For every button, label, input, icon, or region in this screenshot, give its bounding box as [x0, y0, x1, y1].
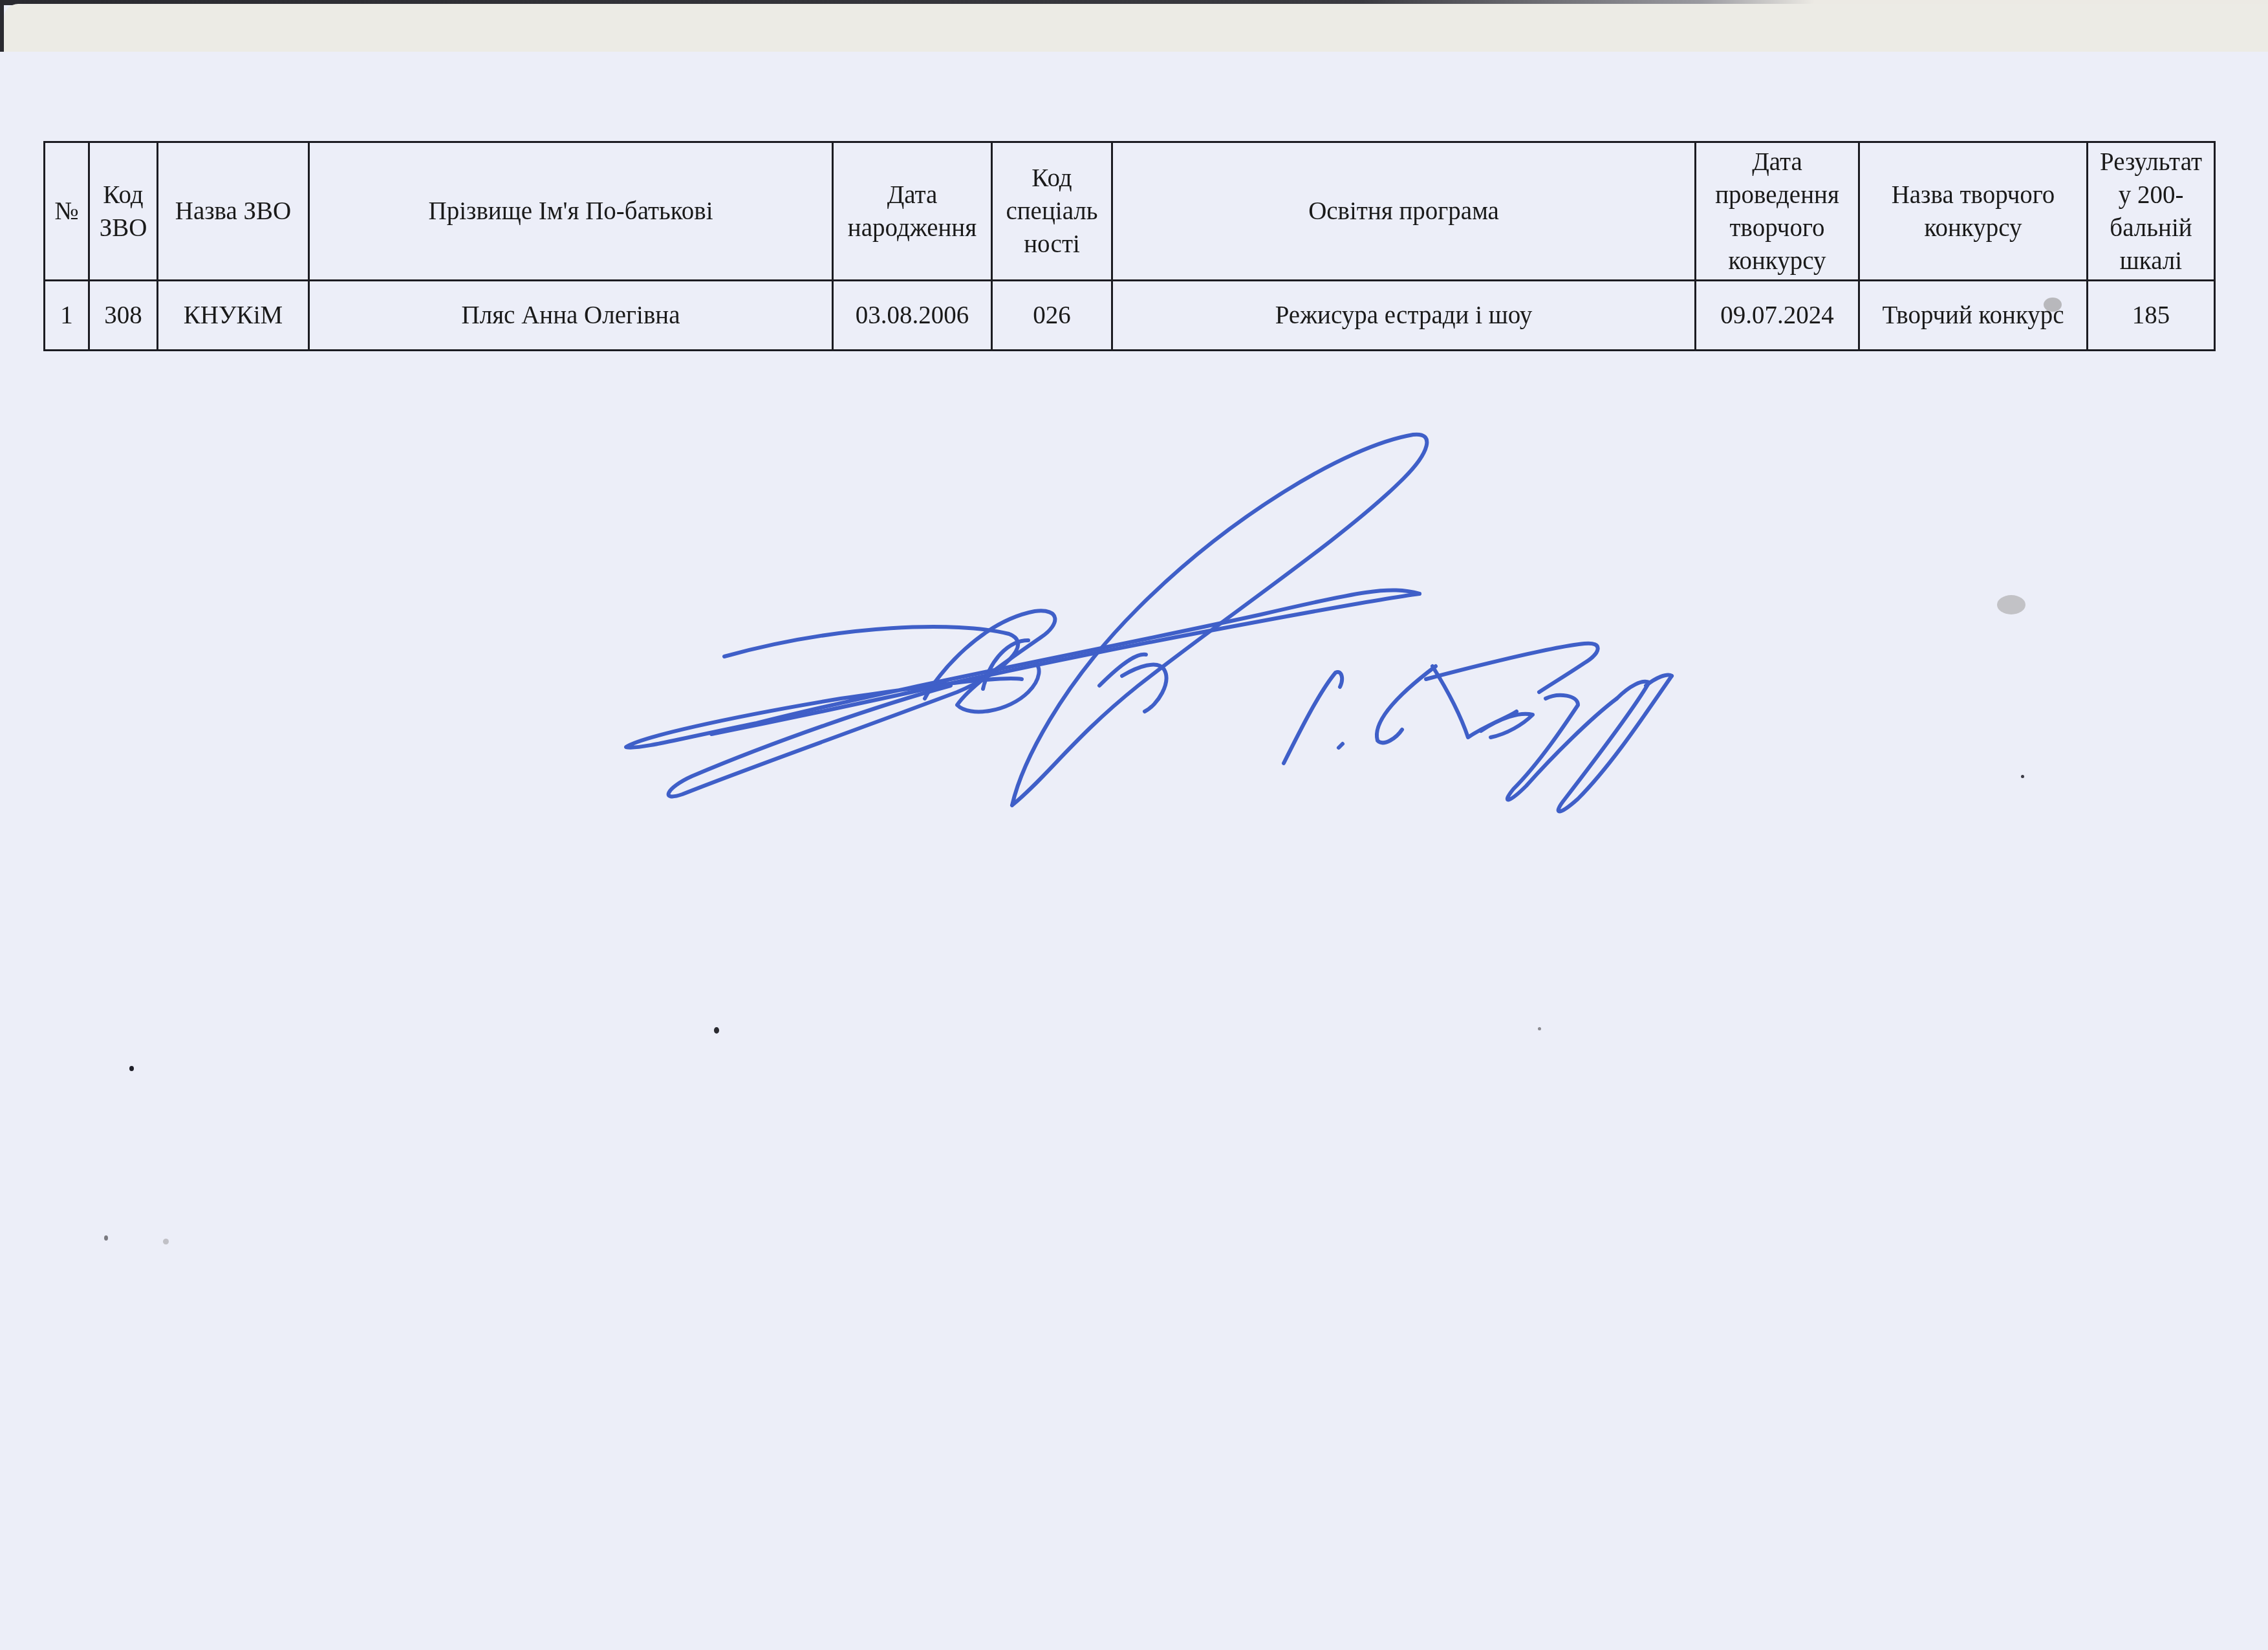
signature [0, 0, 2268, 1650]
